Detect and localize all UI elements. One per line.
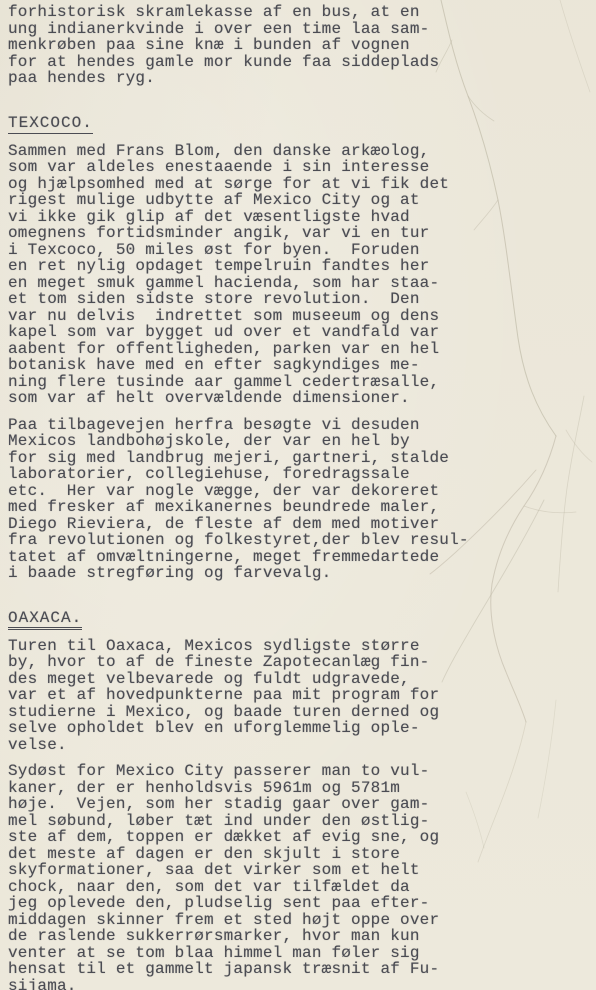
text-line: laboratorier, collegiehuse, foredragssal… bbox=[8, 466, 596, 483]
text-line: forhistorisk skramlekasse af en bus, at … bbox=[8, 4, 596, 21]
text-line: fra revolutionen og folkestyret,der blev… bbox=[8, 532, 596, 549]
text-line: paa hendes ryg. bbox=[8, 70, 596, 87]
text-line: for at hendes gamle mor kunde faa siddep… bbox=[8, 54, 596, 71]
texcoco-paragraph-2: Paa tilbagevejen herfra besøgte vi desud… bbox=[8, 417, 596, 582]
text-line: ung indianerkvinde i over een time laa s… bbox=[8, 21, 596, 38]
text-line: Turen til Oaxaca, Mexicos sydligste stør… bbox=[8, 638, 596, 655]
text-line: menkrøben paa sine knæ i bunden af vogne… bbox=[8, 37, 596, 54]
text-line: i Texcoco, 50 miles øst for byen. Forude… bbox=[8, 242, 596, 259]
text-line: skyformationer, saa det virker som et he… bbox=[8, 862, 596, 879]
heading-oaxaca: OAXACA. bbox=[8, 610, 596, 628]
text-line: det meste af dagen er den skjult i store bbox=[8, 846, 596, 863]
text-line: sijama. bbox=[8, 978, 596, 990]
text-line: etc. Her var nogle vægge, der var dekore… bbox=[8, 483, 596, 500]
text-line: vi ikke gik glip af det væsentligste hva… bbox=[8, 209, 596, 226]
text-line: ste af dem, toppen er dækket af evig sne… bbox=[8, 829, 596, 846]
text-line: Sammen med Frans Blom, den danske arkæol… bbox=[8, 143, 596, 160]
document-body: forhistorisk skramlekasse af en bus, at … bbox=[0, 0, 596, 990]
text-line: et tom siden sidste store revolution. De… bbox=[8, 291, 596, 308]
section-heading-text: OAXACA. bbox=[8, 609, 82, 630]
text-line: og hjælpsomhed med at sørge for at vi fi… bbox=[8, 176, 596, 193]
text-line: for sig med landbrug mejeri, gartneri, s… bbox=[8, 450, 596, 467]
text-line: chock, naar den, som det var tilfældet d… bbox=[8, 879, 596, 896]
text-line: en meget smuk gammel hacienda, som har s… bbox=[8, 275, 596, 292]
text-line: Paa tilbagevejen herfra besøgte vi desud… bbox=[8, 417, 596, 434]
oaxaca-paragraph-1: Turen til Oaxaca, Mexicos sydligste stør… bbox=[8, 638, 596, 754]
text-line: selve opholdet blev en uforglemmelig opl… bbox=[8, 720, 596, 737]
text-line: omegnens fortidsminder angik, var vi en … bbox=[8, 225, 596, 242]
text-line: Diego Rieviera, de fleste af dem med mot… bbox=[8, 516, 596, 533]
text-line: aabent for offentligheden, parken var en… bbox=[8, 341, 596, 358]
text-line: kaner, der er henholdsvis 5961m og 5781m bbox=[8, 780, 596, 797]
text-line: var et af hovedpunkterne paa mit program… bbox=[8, 687, 596, 704]
text-line: var nu delvis indrettet som museeum og d… bbox=[8, 308, 596, 325]
text-line: hensat til et gammelt japansk træsnit af… bbox=[8, 961, 596, 978]
text-line: tatet af omvæltningerne, meget fremmedar… bbox=[8, 549, 596, 566]
text-line: kapel som var bygget ud over et vandfald… bbox=[8, 324, 596, 341]
oaxaca-paragraph-2: Sydøst for Mexico City passerer man to v… bbox=[8, 763, 596, 990]
text-line: velse. bbox=[8, 737, 596, 754]
typewritten-page: forhistorisk skramlekasse af en bus, at … bbox=[0, 0, 596, 990]
section-heading-text: TEXCOCO. bbox=[8, 114, 93, 134]
text-line: jeg oplevede den, pludselig sent paa eft… bbox=[8, 895, 596, 912]
texcoco-paragraph-1: Sammen med Frans Blom, den danske arkæol… bbox=[8, 143, 596, 407]
intro-paragraph: forhistorisk skramlekasse af en bus, at … bbox=[8, 4, 596, 87]
text-line: botanisk have med en efter sagkyndiges m… bbox=[8, 357, 596, 374]
text-line: i baade stregføring og farvevalg. bbox=[8, 565, 596, 582]
text-line: studierne i Mexico, og baade turen derne… bbox=[8, 704, 596, 721]
text-line: venter at se tom blaa himmel man føler s… bbox=[8, 945, 596, 962]
heading-texcoco: TEXCOCO. bbox=[8, 115, 596, 133]
text-line: des meget velbevarede og fuldt udgravede… bbox=[8, 671, 596, 688]
text-line: ning flere tusinde aar gammel cedertræsa… bbox=[8, 374, 596, 391]
text-line: middagen skinner frem et sted højt oppe … bbox=[8, 912, 596, 929]
text-line: rigest mulige udbytte af Mexico City og … bbox=[8, 192, 596, 209]
text-line: de raslende sukkerrørsmarker, hvor man k… bbox=[8, 928, 596, 945]
text-line: mel søbund, løber tæt ind under den østl… bbox=[8, 813, 596, 830]
text-line: som var aldeles enestaaende i sin intere… bbox=[8, 159, 596, 176]
text-line: høje. Vejen, som her stadig gaar over ga… bbox=[8, 796, 596, 813]
text-line: Mexicos landbohøjskole, der var en hel b… bbox=[8, 433, 596, 450]
text-line: med fresker af mexikanernes beundrede ma… bbox=[8, 499, 596, 516]
text-line: en ret nylig opdaget tempelruin fandtes … bbox=[8, 258, 596, 275]
text-line: Sydøst for Mexico City passerer man to v… bbox=[8, 763, 596, 780]
text-line: som var af helt overvældende dimensioner… bbox=[8, 390, 596, 407]
text-line: by, hvor to af de fineste Zapotecanlæg f… bbox=[8, 654, 596, 671]
